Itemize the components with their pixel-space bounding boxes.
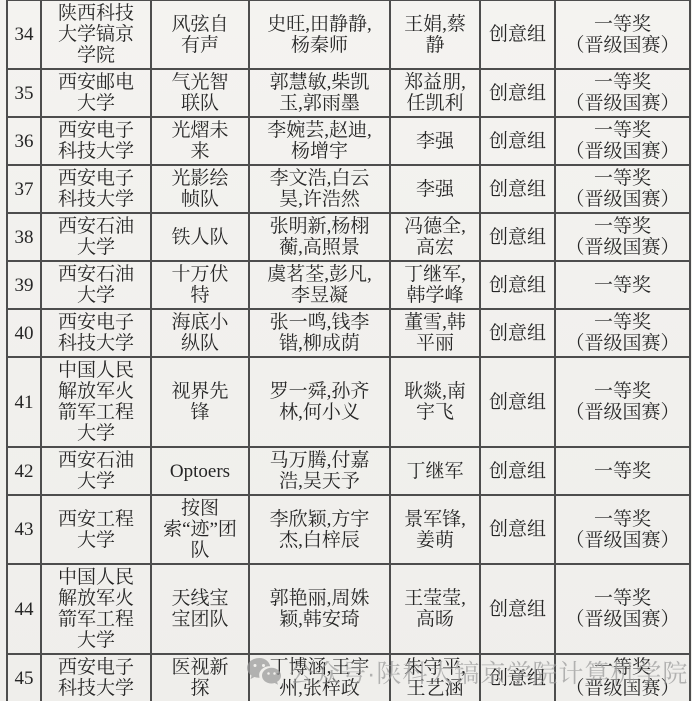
cell-team-name: 光熠未来 [151, 117, 249, 165]
cell-award: 一等奖 （晋级国赛） [555, 495, 690, 564]
award-line1: 一等奖 [560, 216, 685, 237]
cell-members: 李文浩,白云昊,许浩然 [249, 165, 390, 213]
cell-school: 西安电子科技大学 [41, 654, 151, 701]
cell-members: 虞茗荃,彭凡,李昱凝 [249, 261, 390, 309]
cell-school: 中国人民解放军火箭军工程大学 [41, 357, 151, 447]
cell-group: 创意组 [480, 447, 555, 495]
cell-members: 郭慧敏,柴凯玉,郭雨墨 [249, 69, 390, 117]
table-row: 43 西安工程大学 按图索“迹”团队 李欣颖,方宇杰,白梓辰 景军锋,姜萌 创意… [7, 495, 690, 564]
cell-school: 西安石油大学 [41, 213, 151, 261]
table-row: 41 中国人民解放军火箭军工程大学 视界先锋 罗一舜,孙齐林,何小义 耿燚,南宇… [7, 357, 690, 447]
award-line2: （晋级国赛） [560, 93, 685, 114]
cell-group: 创意组 [480, 0, 555, 69]
table-row: 38 西安石油大学 铁人队 张明新,杨栩蘅,高照景 冯德全,高宏 创意组 一等奖… [7, 213, 690, 261]
award-line1: 一等奖 [560, 168, 685, 189]
cell-school: 西安电子科技大学 [41, 165, 151, 213]
cell-row-number: 36 [7, 117, 41, 165]
cell-team-name: 风弦自有声 [151, 0, 249, 69]
award-line1: 一等奖 [560, 275, 685, 296]
award-line1: 一等奖 [560, 120, 685, 141]
cell-team-name: 海底小纵队 [151, 309, 249, 357]
cell-members: 罗一舜,孙齐林,何小义 [249, 357, 390, 447]
table-row: 39 西安石油大学 十万伏特 虞茗荃,彭凡,李昱凝 丁继军,韩学峰 创意组 一等… [7, 261, 690, 309]
cell-members: 史旺,田静静,杨秦师 [249, 0, 390, 69]
award-line2: （晋级国赛） [560, 530, 685, 551]
cell-group: 创意组 [480, 564, 555, 654]
table-row: 37 西安电子科技大学 光影绘帧队 李文浩,白云昊,许浩然 李强 创意组 一等奖… [7, 165, 690, 213]
award-line2: （晋级国赛） [560, 141, 685, 162]
cell-team-name: 天线宝宝团队 [151, 564, 249, 654]
award-line2: （晋级国赛） [560, 333, 685, 354]
cell-advisors: 李强 [390, 165, 480, 213]
cell-school: 中国人民解放军火箭军工程大学 [41, 564, 151, 654]
cell-team-name: 医视新探 [151, 654, 249, 701]
cell-team-name: 按图索“迹”团队 [151, 495, 249, 564]
award-line1: 一等奖 [560, 588, 685, 609]
cell-school: 陕西科技大学镐京学院 [41, 0, 151, 69]
cell-row-number: 42 [7, 447, 41, 495]
cell-advisors: 李强 [390, 117, 480, 165]
cell-row-number: 34 [7, 0, 41, 69]
cell-group: 创意组 [480, 495, 555, 564]
cell-row-number: 40 [7, 309, 41, 357]
cell-row-number: 35 [7, 69, 41, 117]
cell-award: 一等奖 （晋级国赛） [555, 309, 690, 357]
awards-table-body: 34 陕西科技大学镐京学院 风弦自有声 史旺,田静静,杨秦师 王娟,蔡静 创意组… [7, 0, 690, 701]
award-line2: （晋级国赛） [560, 609, 685, 630]
cell-school: 西安石油大学 [41, 261, 151, 309]
cell-row-number: 44 [7, 564, 41, 654]
cell-award: 一等奖 （晋级国赛） [555, 69, 690, 117]
table-row: 42 西安石油大学 Optoers 马万腾,付嘉浩,吴天予 丁继军 创意组 一等… [7, 447, 690, 495]
award-line2: （晋级国赛） [560, 189, 685, 210]
cell-award: 一等奖 [555, 447, 690, 495]
cell-award: 一等奖 （晋级国赛） [555, 357, 690, 447]
cell-advisors: 郑益朋,任凯利 [390, 69, 480, 117]
cell-team-name: 视界先锋 [151, 357, 249, 447]
cell-group: 创意组 [480, 357, 555, 447]
award-line1: 一等奖 [560, 381, 685, 402]
cell-school: 西安石油大学 [41, 447, 151, 495]
cell-group: 创意组 [480, 69, 555, 117]
table-row: 34 陕西科技大学镐京学院 风弦自有声 史旺,田静静,杨秦师 王娟,蔡静 创意组… [7, 0, 690, 69]
award-line1: 一等奖 [560, 14, 685, 35]
cell-school: 西安电子科技大学 [41, 117, 151, 165]
cell-advisors: 朱守平,王艺涵 [390, 654, 480, 701]
table-row: 45 西安电子科技大学 医视新探 丁博涵,王宇州,张梓政 朱守平,王艺涵 创意组… [7, 654, 690, 701]
cell-school: 西安工程大学 [41, 495, 151, 564]
cell-row-number: 45 [7, 654, 41, 701]
cell-members: 张明新,杨栩蘅,高照景 [249, 213, 390, 261]
cell-advisors: 丁继军,韩学峰 [390, 261, 480, 309]
award-line2: （晋级国赛） [560, 35, 685, 56]
cell-members: 丁博涵,王宇州,张梓政 [249, 654, 390, 701]
cell-group: 创意组 [480, 654, 555, 701]
cell-team-name: 光影绘帧队 [151, 165, 249, 213]
cell-group: 创意组 [480, 309, 555, 357]
cell-row-number: 39 [7, 261, 41, 309]
award-line1: 一等奖 [560, 509, 685, 530]
cell-award: 一等奖 [555, 261, 690, 309]
cell-team-name: 十万伏特 [151, 261, 249, 309]
cell-school: 西安邮电大学 [41, 69, 151, 117]
award-line2: （晋级国赛） [560, 237, 685, 258]
table-row: 36 西安电子科技大学 光熠未来 李婉芸,赵迪,杨增宇 李强 创意组 一等奖 （… [7, 117, 690, 165]
cell-row-number: 37 [7, 165, 41, 213]
cell-award: 一等奖 （晋级国赛） [555, 654, 690, 701]
table-row: 40 西安电子科技大学 海底小纵队 张一鸣,钱李锴,柳成荫 董雪,韩平丽 创意组… [7, 309, 690, 357]
award-line2: （晋级国赛） [560, 402, 685, 423]
cell-award: 一等奖 （晋级国赛） [555, 213, 690, 261]
cell-members: 马万腾,付嘉浩,吴天予 [249, 447, 390, 495]
cell-row-number: 38 [7, 213, 41, 261]
cell-team-name: Optoers [151, 447, 249, 495]
cell-advisors: 景军锋,姜萌 [390, 495, 480, 564]
cell-award: 一等奖 （晋级国赛） [555, 165, 690, 213]
cell-advisors: 王莹莹,高旸 [390, 564, 480, 654]
cell-group: 创意组 [480, 213, 555, 261]
cell-award: 一等奖 （晋级国赛） [555, 564, 690, 654]
cell-team-name: 铁人队 [151, 213, 249, 261]
cell-award: 一等奖 （晋级国赛） [555, 117, 690, 165]
cell-advisors: 董雪,韩平丽 [390, 309, 480, 357]
cell-row-number: 41 [7, 357, 41, 447]
cell-group: 创意组 [480, 165, 555, 213]
cell-members: 郭艳丽,周姝颖,韩安琦 [249, 564, 390, 654]
awards-table: 34 陕西科技大学镐京学院 风弦自有声 史旺,田静静,杨秦师 王娟,蔡静 创意组… [6, 0, 691, 701]
table-row: 35 西安邮电大学 气光智联队 郭慧敏,柴凯玉,郭雨墨 郑益朋,任凯利 创意组 … [7, 69, 690, 117]
cell-school: 西安电子科技大学 [41, 309, 151, 357]
cell-advisors: 冯德全,高宏 [390, 213, 480, 261]
cell-members: 李婉芸,赵迪,杨增宇 [249, 117, 390, 165]
award-line2: （晋级国赛） [560, 678, 685, 699]
cell-team-name: 气光智联队 [151, 69, 249, 117]
cell-advisors: 丁继军 [390, 447, 480, 495]
cell-advisors: 耿燚,南宇飞 [390, 357, 480, 447]
cell-members: 李欣颖,方宇杰,白梓辰 [249, 495, 390, 564]
cell-row-number: 43 [7, 495, 41, 564]
award-line1: 一等奖 [560, 72, 685, 93]
cell-members: 张一鸣,钱李锴,柳成荫 [249, 309, 390, 357]
cell-advisors: 王娟,蔡静 [390, 0, 480, 69]
award-line1: 一等奖 [560, 657, 685, 678]
cell-award: 一等奖 （晋级国赛） [555, 0, 690, 69]
cell-group: 创意组 [480, 261, 555, 309]
award-line1: 一等奖 [560, 312, 685, 333]
award-line1: 一等奖 [560, 461, 685, 482]
cell-group: 创意组 [480, 117, 555, 165]
table-row: 44 中国人民解放军火箭军工程大学 天线宝宝团队 郭艳丽,周姝颖,韩安琦 王莹莹… [7, 564, 690, 654]
